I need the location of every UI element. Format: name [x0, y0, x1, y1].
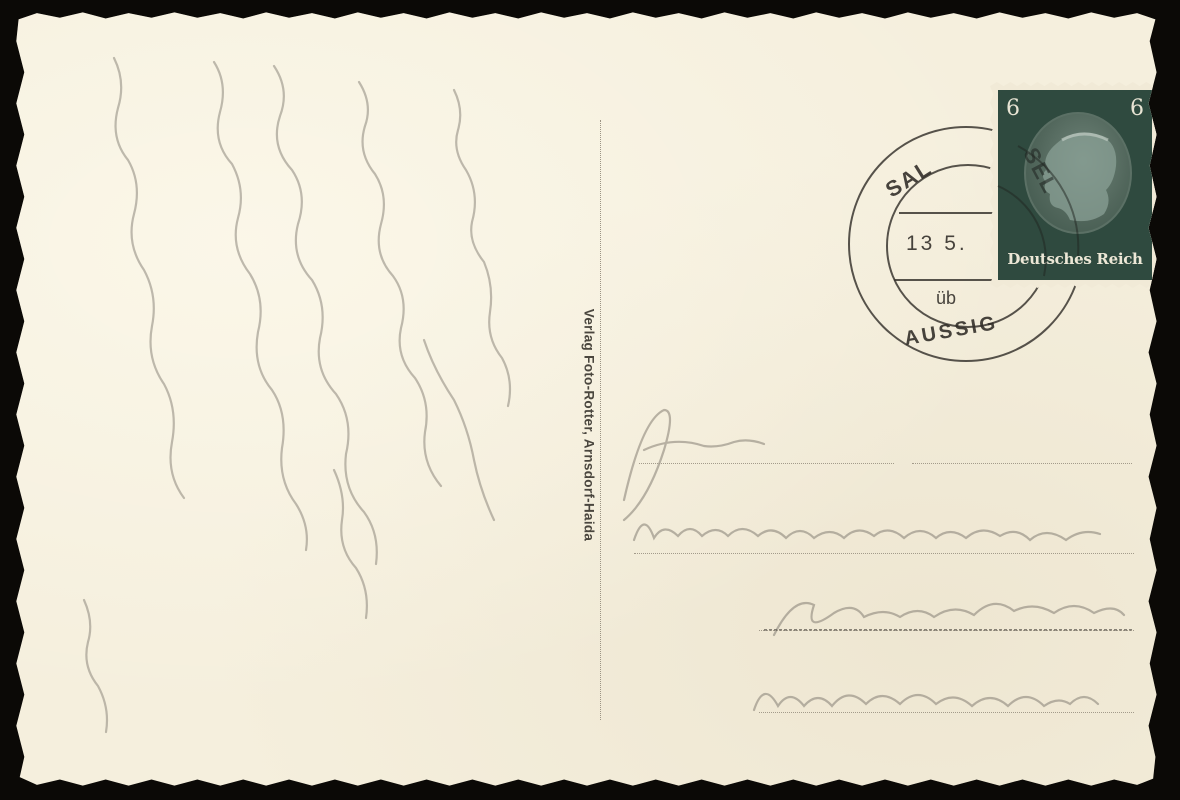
divider-line: [600, 120, 601, 720]
postcard-back: Verlag Foto-Rotter, Arnsdorf-Haida SAL 1…: [14, 10, 1160, 788]
stamp-denomination-left: 6: [1006, 96, 1020, 121]
address-line-4: [759, 712, 1134, 713]
address-line-1: [639, 463, 894, 464]
address-line-3: [759, 630, 1134, 631]
publisher-imprint: Verlag Foto-Rotter, Arnsdorf-Haida: [582, 309, 597, 541]
stamp-denomination-right: 6: [1130, 96, 1144, 121]
cancellation-arc: [848, 126, 1080, 358]
address-line-2: [634, 553, 1134, 554]
address-line-1b: [912, 463, 1132, 464]
